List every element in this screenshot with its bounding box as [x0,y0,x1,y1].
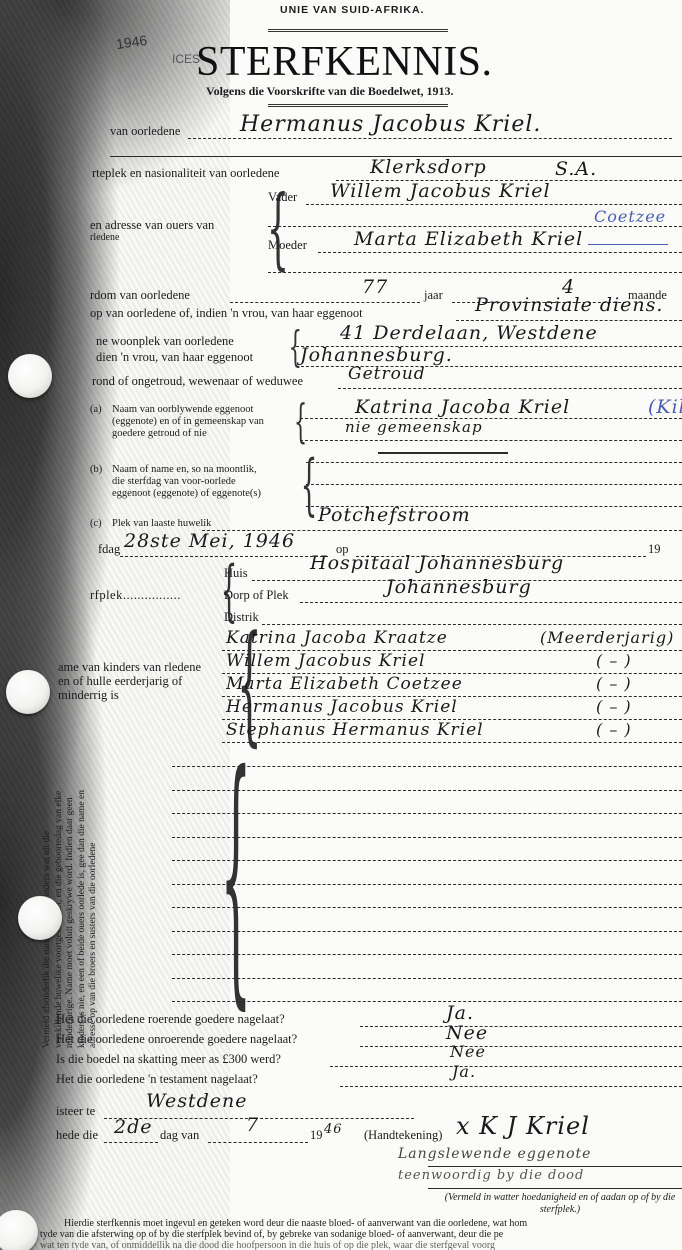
question-immovable: Het die oorledene onroerende goedere nag… [56,1032,297,1047]
mother-value[interactable]: Marta Elizabeth Kriel [354,228,583,250]
spouse-line2[interactable]: nie gemeenskap [345,418,483,436]
age-years[interactable]: 77 [362,276,388,298]
field-value[interactable]: Potchefstroom [318,504,471,526]
child-name[interactable]: Marta Elizabeth Coetzee [226,674,463,694]
punch-hole [18,896,62,940]
brace: { [220,740,251,1010]
place-label: isteer te [56,1104,95,1119]
field-label: Plek van laaste huwelik [112,518,211,530]
father-label: Vader [268,190,297,205]
footer-line: Hierdie sterfkennis moet ingevul en gete… [64,1218,527,1229]
residence-line1[interactable]: 41 Derdelaan, Westdene [340,322,598,344]
answer-estate-value[interactable]: Nee [450,1042,486,1061]
field-label: Naam of name en, so na moontlik, die ste… [112,464,272,500]
field-value[interactable]: 28ste Mei, 1946 [124,530,295,552]
spouse-correction[interactable]: (Kil [648,396,682,418]
header-rule [268,104,448,107]
child-name[interactable]: Katrina Jacoba Kraatze [226,628,448,648]
item-marker: (b) [90,464,102,476]
field-label: op van oorledene of, indien 'n vrou, van… [90,306,363,321]
stamp-year: 1946 [115,32,148,52]
punch-hole [8,354,52,398]
town-value[interactable]: Johannesburg [386,576,532,598]
child-name[interactable]: Willem Jacobus Kriel [226,651,426,671]
field-label: rledene [90,232,119,243]
header-rule [268,29,448,32]
child-status[interactable]: ( – ) [596,720,632,739]
answer-movable[interactable]: Ja. [446,1002,474,1024]
field-value[interactable]: Provinsiale diens. [475,294,663,316]
field-label: fdag [98,542,120,557]
question-movable: Het die oorledene roerende goedere nagel… [56,1012,285,1027]
child-name[interactable]: Hermanus Jacobus Kriel [226,697,458,717]
field-label: ne woonplek van oorledene [96,334,234,349]
brace: { [294,398,307,444]
field-value-nationality[interactable]: S.A. [555,158,597,180]
child-name[interactable]: Stephanus Hermanus Kriel [226,720,484,740]
field-label: ame van kinders van rledene en of hulle … [58,660,208,702]
footer-line: tyde van die afsterwing op of by die ste… [40,1229,503,1240]
field-label: rond of ongetroud, wewenaar of weduwee [92,374,303,389]
underline-stroke [378,452,508,454]
child-status[interactable]: ( – ) [596,697,632,716]
child-status[interactable]: ( – ) [596,651,632,670]
field-value[interactable]: Klerksdorp [370,156,487,178]
spouse-line1[interactable]: Katrina Jacoba Kriel [355,396,570,418]
month-value[interactable]: 7 [246,1114,259,1136]
field-label: rteplek en nasionaliteit van oorledene [92,166,279,181]
capacity-line1[interactable]: Langslewende eggenote [398,1146,591,1162]
year-prefix: 19 [648,542,661,557]
child-status[interactable]: (Meerderjarig) [540,628,674,647]
town-label: Dorp of Plek [224,588,289,603]
punch-hole [0,1210,38,1250]
residence-line2[interactable]: Johannesburg. [300,344,453,366]
mother-correction[interactable]: Coetzee [594,207,666,226]
mother-label: Moeder [268,238,307,253]
footer-line: wat ten tyde van, of onmiddellik na die … [40,1240,495,1250]
item-marker: (c) [90,518,102,530]
field-label: en adresse van ouers van [90,218,214,233]
question-testament: Het die oorledene 'n testament nagelaat? [56,1072,258,1087]
field-value[interactable]: Getroud [348,364,426,384]
years-label: jaar [424,288,443,303]
day-label: dag van [160,1128,199,1143]
house-label: Huis [224,566,248,581]
field-label: rdom van oorledene [90,288,190,303]
field-value[interactable]: Hermanus Jacobus Kriel. [240,112,541,137]
answer-testament[interactable]: Ja. [452,1062,476,1081]
field-label: rfplek................ [90,588,181,603]
item-marker: (a) [90,404,102,416]
date-prefix: hede die [56,1128,98,1143]
signature-label: (Handtekening) [364,1128,442,1143]
strikethrough [588,244,668,245]
place-value[interactable]: Westdene [146,1090,248,1112]
page-title: STERFKENNIS. [196,38,493,86]
capacity-note: (Vermeld in watter hoedanigheid en of aa… [440,1192,680,1216]
year-value[interactable]: 46 [324,1122,343,1137]
field-label: van oorledene [110,124,180,139]
signature-value[interactable]: x K J Kriel [456,1112,590,1140]
father-value[interactable]: Willem Jacobus Kriel [330,180,551,202]
page-subtitle: Volgens die Voorskrifte van die Boedelwe… [206,84,454,99]
country-heading: UNIE VAN SUID-AFRIKA. [280,4,424,16]
child-status[interactable]: ( – ) [596,674,632,693]
day-value[interactable]: 2de [114,1116,153,1138]
field-label: dien 'n vrou, van haar eggenoot [96,350,253,365]
answer-immovable[interactable]: Nee [446,1022,488,1044]
year-prefix: 19 [310,1128,323,1143]
question-estate-value: Is die boedel na skatting meer as £300 w… [56,1052,281,1067]
punch-hole [6,670,50,714]
capacity-line2[interactable]: teenwoordig by die dood [398,1168,584,1183]
house-value[interactable]: Hospitaal Johannesburg [310,552,564,574]
field-label: Naam van oorblywende eggenoot (eggenote)… [112,404,272,440]
